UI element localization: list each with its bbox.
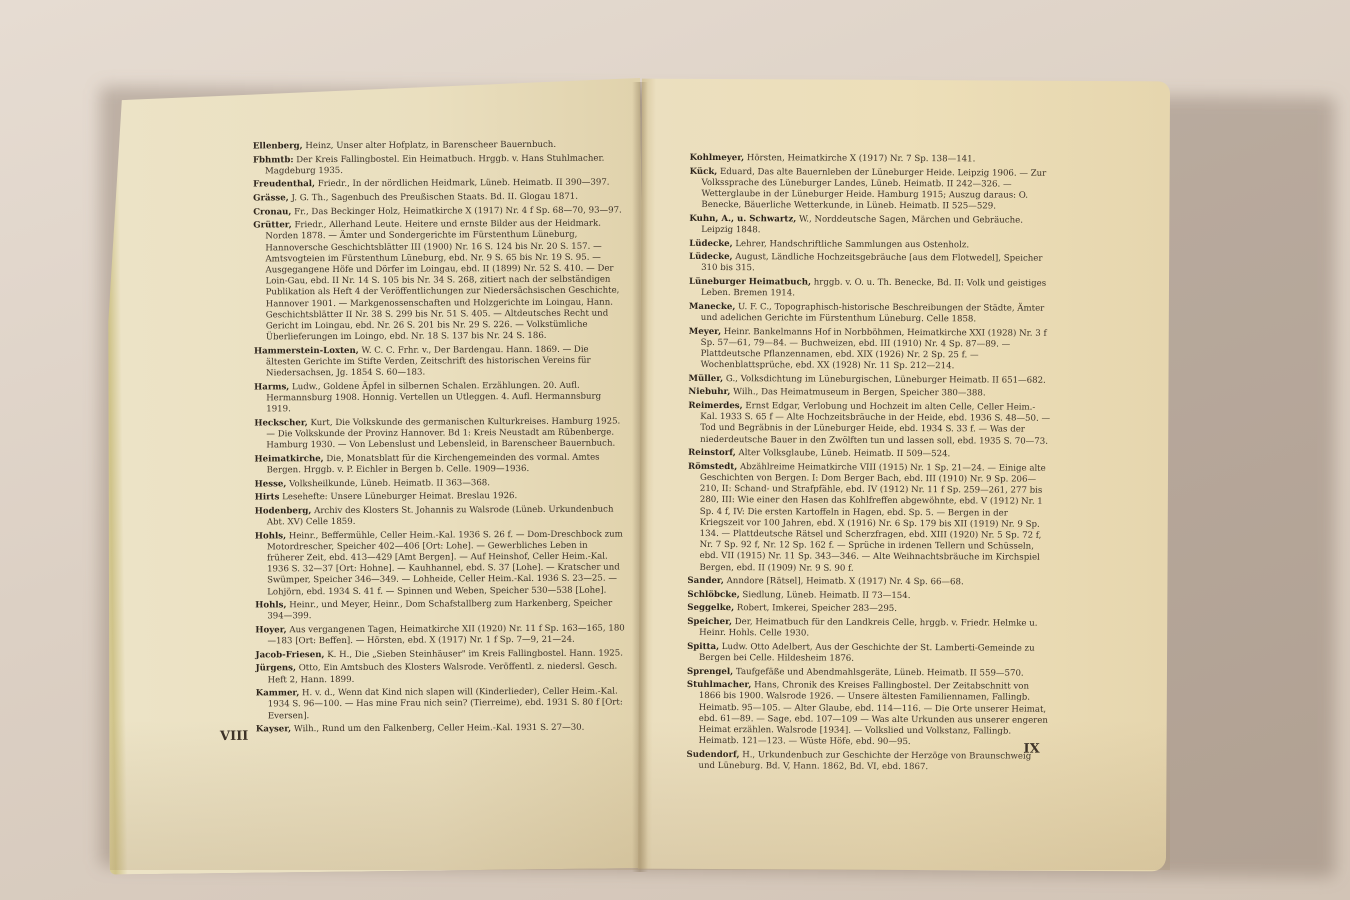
entry-author: Niebuhr,: [688, 387, 730, 397]
entry-text: Anndore [Rätsel], Heimatb. X (1917) Nr. …: [727, 576, 964, 587]
entry-text: H. v. d., Wenn dat Kind nich slapen will…: [268, 687, 623, 721]
book-gutter: [632, 82, 648, 872]
entry-text: Robert, Imkerei, Speicher 283—295.: [737, 604, 897, 615]
entry-author: Harms,: [254, 382, 289, 392]
entry-text: Wilh., Das Heimatmuseum in Bergen, Speic…: [733, 387, 986, 398]
entry-author: Freudenthal,: [253, 180, 315, 190]
bibliography-entry: Grässe, J. G. Th., Sagenbuch des Preußis…: [253, 191, 625, 204]
entry-author: Jacob-Friesen,: [255, 650, 324, 660]
entry-text: Friedr., Allerhand Leute. Heitere und er…: [265, 219, 619, 343]
bibliography-entry: Spitta, Ludw. Otto Adelbert, Aus der Ges…: [687, 642, 1049, 666]
entry-text: Lesehefte: Unsere Lüneburger Heimat. Bre…: [282, 491, 517, 502]
bibliography-entry: Sprengel, Taufgefäße und Abendmahlsgerät…: [687, 666, 1049, 679]
bibliography-entry: Kohlmeyer, Hörsten, Heimatkirche X (1917…: [690, 153, 1052, 166]
entry-author: Grütter,: [253, 220, 291, 230]
entry-author: Manecke,: [689, 302, 736, 312]
entry-text: J. G. Th., Sagenbuch des Preußischen Sta…: [291, 192, 578, 204]
entry-text: Ludw. Otto Adelbert, Aus der Geschichte …: [699, 642, 1035, 664]
entry-text: G., Volksdichtung im Lüneburgischen, Lün…: [726, 374, 1046, 386]
bibliography-entry: Speicher, Der, Heimatbuch für den Landkr…: [687, 617, 1049, 641]
entry-author: Hirts: [255, 492, 280, 502]
entry-text: H., Urkundenbuch zur Geschichte der Herz…: [698, 750, 1031, 772]
bibliography-entry: Fbhmtb: Der Kreis Fallingbostel. Ein Hei…: [253, 153, 625, 177]
entry-text: Der Kreis Fallingbostel. Ein Heimatbuch.…: [265, 153, 604, 176]
left-page-bibliography: Ellenberg, Heinz, Unser alter Hofplatz, …: [253, 139, 628, 738]
entry-text: Archiv des Klosters St. Johannis zu Wals…: [267, 504, 614, 527]
entry-author: Hodenberg,: [255, 506, 312, 516]
entry-text: Friedr., In der nördlichen Heidmark, Lün…: [318, 178, 610, 190]
entry-author: Stuhlmacher,: [687, 680, 752, 690]
bibliography-entry: Kayser, Wilh., Rund um den Falkenberg, C…: [256, 723, 628, 736]
entry-author: Kuhn, A., u. Schwartz,: [689, 214, 796, 225]
entry-text: Alter Volksglaube, Lüneb. Heimatb. II 50…: [739, 448, 951, 459]
entry-text: Aus vergangenen Tagen, Heimatkirche XII …: [267, 623, 624, 646]
bibliography-entry: Hammerstein-Loxten, W. C. C. Frhr. v., D…: [254, 344, 626, 380]
bibliography-entry: Grütter, Friedr., Allerhand Leute. Heite…: [253, 219, 626, 344]
entry-author: Meyer,: [689, 326, 721, 336]
bibliography-entry: Meyer, Heinr. Bankelmanns Hof in Norbböh…: [689, 326, 1051, 373]
bibliography-entry: Kück, Eduard, Das alte Bauernleben der L…: [689, 166, 1051, 213]
bibliography-entry: Schlöbcke, Siedlung, Lüneb. Heimatb. II …: [687, 590, 1049, 603]
entry-author: Hammerstein-Loxten,: [254, 346, 359, 357]
bibliography-entry: Sander, Anndore [Rätsel], Heimatb. X (19…: [687, 576, 1049, 589]
bibliography-entry: Reinstorf, Alter Volksglaube, Lüneb. Hei…: [688, 448, 1050, 461]
entry-text: Abzählreime Heimatkirche VIII (1915) Nr.…: [699, 462, 1045, 573]
entry-text: Heinz, Unser alter Hofplatz, in Barensch…: [305, 140, 556, 151]
entry-text: Ernst Edgar, Verlobung und Hochzeit im a…: [700, 401, 1050, 446]
bibliography-entry: Manecke, U. F. C., Topographisch-histori…: [689, 302, 1051, 326]
entry-author: Grässe,: [253, 193, 289, 203]
entry-text: Wilh., Rund um den Falkenberg, Celler He…: [294, 723, 585, 735]
bibliography-entry: Kammer, H. v. d., Wenn dat Kind nich sla…: [256, 687, 628, 723]
entry-author: Kück,: [690, 166, 718, 176]
bibliography-entry: Römstedt, Abzählreime Heimatkirche VIII …: [687, 462, 1050, 576]
bibliography-entry: Müller, G., Volksdichtung im Lüneburgisc…: [688, 374, 1050, 387]
bibliography-entry: Lüdecke, August, Ländliche Hochzeitsgebr…: [689, 252, 1051, 276]
entry-text: August, Ländliche Hochzeitsgebräuche [au…: [701, 252, 1042, 273]
bibliography-entry: Lüdecke, Lehrer, Handschriftliche Sammlu…: [689, 238, 1051, 251]
entry-author: Hohls,: [255, 600, 286, 610]
entry-author: Hesse,: [255, 479, 287, 489]
right-page-number: IX: [1024, 742, 1040, 757]
bibliography-entry: Harms, Ludw., Goldene Äpfel in silbernen…: [254, 380, 626, 416]
entry-author: Kammer,: [256, 688, 300, 698]
bibliography-entry: Seggelke, Robert, Imkerei, Speicher 283—…: [687, 603, 1049, 616]
entry-author: Schlöbcke,: [687, 590, 739, 600]
bibliography-entry: Hodenberg, Archiv des Klosters St. Johan…: [255, 504, 627, 528]
entry-text: Taufgefäße und Abendmahlsgeräte, Lüneb. …: [736, 667, 1024, 679]
entry-text: Hörsten, Heimatkirche X (1917) Nr. 7 Sp.…: [747, 153, 976, 164]
entry-author: Spitta,: [687, 642, 719, 652]
bibliography-entry: Jacob-Friesen, K. H., Die „Sieben Steinh…: [255, 648, 627, 661]
bibliography-entry: Heimatkirche, Die, Monatsblatt für die K…: [254, 452, 626, 476]
entry-author: Sudendorf,: [687, 750, 740, 760]
bibliography-entry: Hohls, Heinr., Beffermühle, Celler Heim.…: [255, 529, 627, 598]
entry-author: Seggelke,: [687, 603, 734, 613]
bibliography-entry: Stuhlmacher, Hans, Chronik des Kreises F…: [687, 680, 1049, 749]
entry-author: Heckscher,: [254, 418, 308, 428]
bibliography-entry: Cronau, Fr., Das Beckinger Holz, Heimatk…: [253, 205, 625, 218]
entry-author: Lüdecke,: [689, 252, 732, 262]
left-page: Ellenberg, Heinz, Unser alter Hofplatz, …: [100, 78, 650, 875]
entry-author: Heimatkirche,: [254, 454, 323, 464]
entry-text: U. F. C., Topographisch-historische Besc…: [701, 302, 1045, 324]
entry-text: Siedlung, Lüneb. Heimatb. II 73—154.: [742, 590, 910, 601]
entry-text: Volksheilkunde, Lüneb. Heimatb. II 363—3…: [289, 478, 490, 489]
entry-author: Reimerdes,: [688, 401, 742, 411]
bibliography-entry: Hoyer, Aus vergangenen Tagen, Heimatkirc…: [255, 623, 627, 647]
right-page: Kohlmeyer, Hörsten, Heimatkirche X (1917…: [638, 79, 1170, 872]
bibliography-entry: Ellenberg, Heinz, Unser alter Hofplatz, …: [253, 139, 625, 152]
bibliography-entry: Freudenthal, Friedr., In der nördlichen …: [253, 178, 625, 191]
entry-author: Jürgens,: [256, 664, 296, 674]
bibliography-entry: Sudendorf, H., Urkundenbuch zur Geschich…: [686, 750, 1048, 774]
entry-author: Cronau,: [253, 207, 291, 217]
bibliography-entry: Lüneburger Heimatbuch, hrggb. v. O. u. T…: [689, 277, 1051, 301]
entry-author: Reinstorf,: [688, 448, 736, 458]
bibliography-entry: Heckscher, Kurt, Die Volkskunde des germ…: [254, 416, 626, 452]
entry-author: Speicher,: [687, 617, 732, 627]
bibliography-entry: Jürgens, Otto, Ein Amtsbuch des Klosters…: [256, 662, 628, 686]
entry-text: Der, Heimatbuch für den Landkreis Celle,…: [699, 617, 1037, 639]
bibliography-entry: Reimerdes, Ernst Edgar, Verlobung und Ho…: [688, 401, 1050, 448]
entry-author: Kayser,: [256, 724, 291, 734]
entry-text: Heinr., und Meyer, Heinr., Dom Schafstal…: [267, 599, 612, 622]
bibliography-entry: Hesse, Volksheilkunde, Lüneb. Heimatb. I…: [255, 477, 627, 490]
bibliography-entry: Niebuhr, Wilh., Das Heimatmuseum in Berg…: [688, 387, 1050, 400]
entry-text: Kurt, Die Volkskunde des germanischen Ku…: [266, 416, 620, 450]
entry-author: Ellenberg,: [253, 141, 303, 151]
entry-author: Sprengel,: [687, 666, 733, 676]
entry-text: K. H., Die „Sieben Steinhäuser" im Kreis…: [327, 648, 623, 660]
entry-author: Lüneburger Heimatbuch,: [689, 277, 811, 288]
entry-text: Eduard, Das alte Bauernleben der Lünebur…: [701, 167, 1046, 212]
bibliography-entry: Hirts Lesehefte: Unsere Lüneburger Heima…: [255, 491, 627, 504]
entry-text: Heinr. Bankelmanns Hof in Norbböhmen, He…: [701, 327, 1047, 372]
entry-author: Lüdecke,: [689, 238, 732, 248]
right-page-bibliography: Kohlmeyer, Hörsten, Heimatkirche X (1917…: [686, 153, 1051, 776]
bibliography-entry: Kuhn, A., u. Schwartz, W., Norddeutsche …: [689, 214, 1051, 238]
entry-author: Römstedt,: [688, 462, 737, 472]
entry-text: Ludw., Goldene Äpfel in silbernen Schale…: [266, 381, 601, 415]
entry-text: Otto, Ein Amtsbuch des Klosters Walsrode…: [268, 662, 618, 685]
entry-author: Hohls,: [255, 531, 286, 541]
entry-text: Lehrer, Handschriftliche Sammlungen aus …: [735, 239, 969, 250]
entry-text: Heinr., Beffermühle, Celler Heim.-Kal. 1…: [267, 529, 623, 597]
entry-author: Hoyer,: [255, 625, 286, 635]
entry-text: Hans, Chronik des Kreises Fallingbostel.…: [699, 680, 1048, 747]
entry-author: Müller,: [688, 374, 723, 384]
left-page-number: VIII: [220, 729, 249, 744]
bibliography-entry: Hohls, Heinr., und Meyer, Heinr., Dom Sc…: [255, 599, 627, 623]
entry-text: Fr., Das Beckinger Holz, Heimatkirche X …: [294, 205, 622, 217]
entry-author: Fbhmtb:: [253, 155, 294, 165]
entry-author: Kohlmeyer,: [690, 153, 745, 163]
entry-author: Sander,: [687, 576, 723, 586]
